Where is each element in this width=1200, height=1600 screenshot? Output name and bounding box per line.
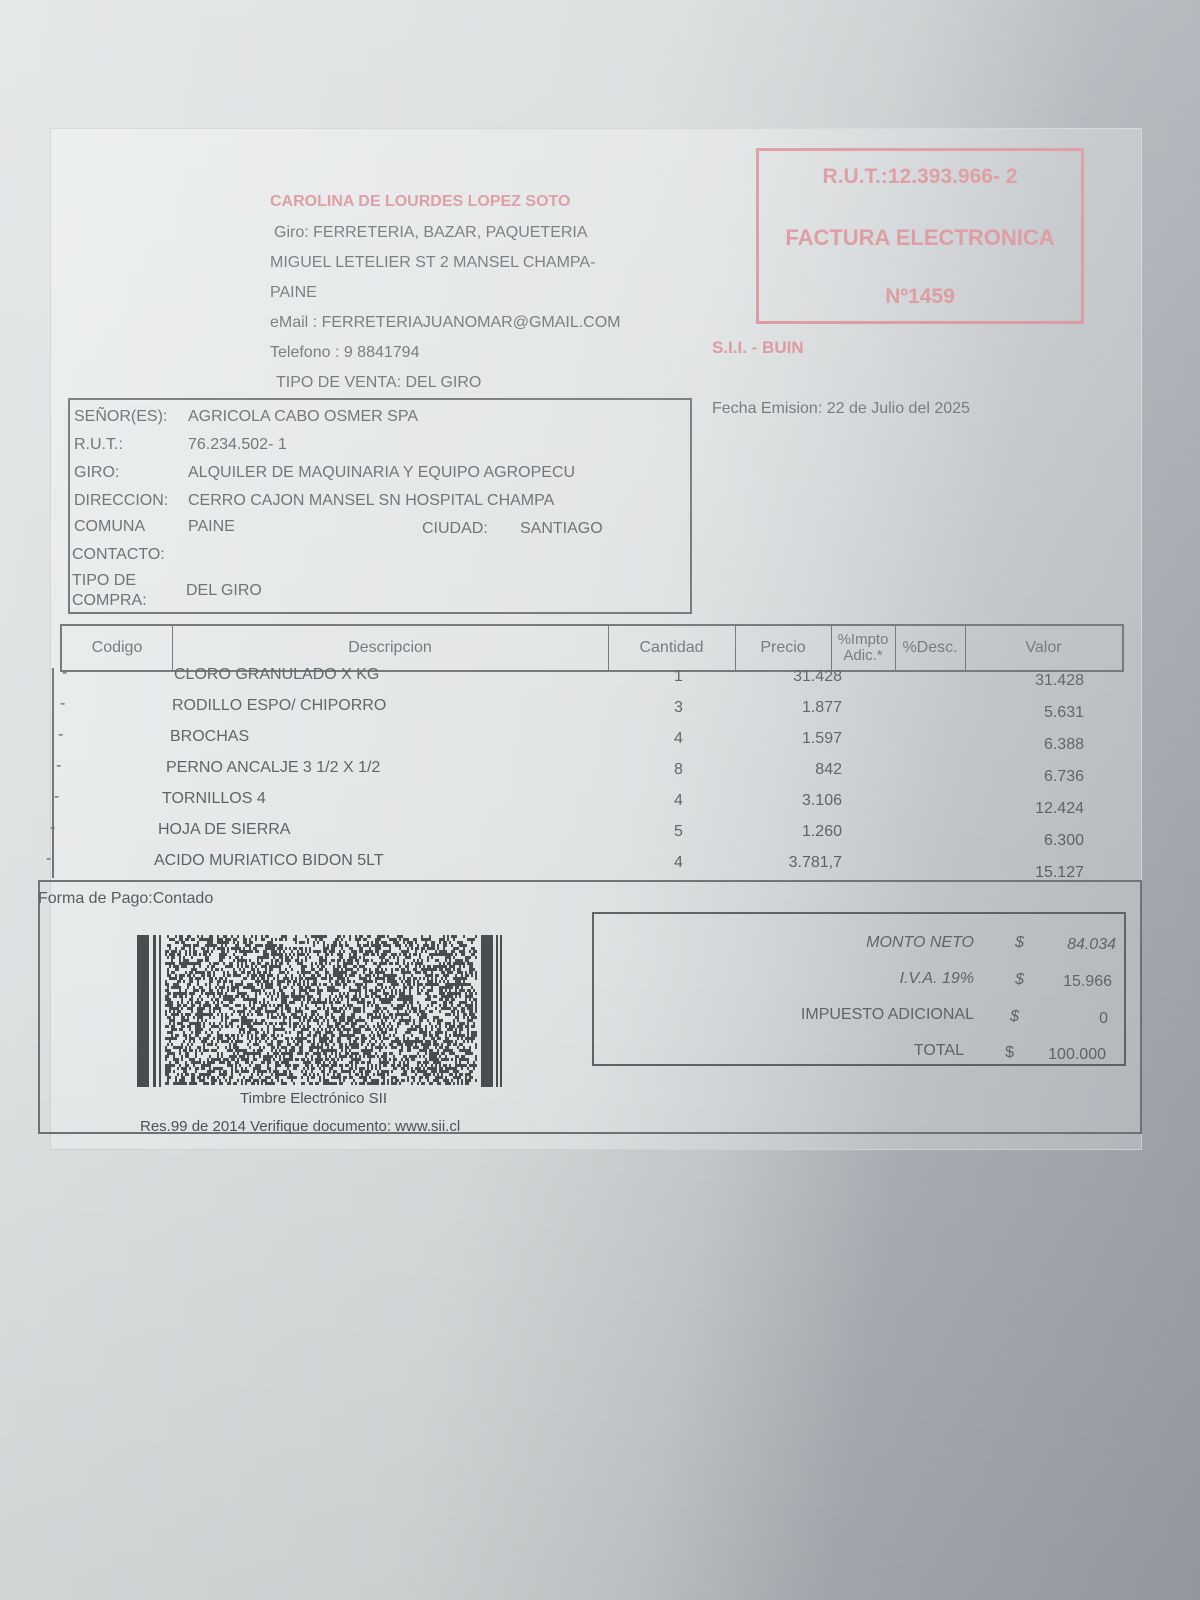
client-ciudad-label: CIUDAD: bbox=[422, 520, 488, 538]
client-address: CERRO CAJON MANSEL SN HOSPITAL CHAMPA bbox=[188, 492, 554, 510]
row-codigo: - bbox=[54, 788, 59, 806]
timbre-label: Timbre Electrónico SII bbox=[240, 1090, 387, 1107]
sale-type: TIPO DE VENTA: DEL GIRO bbox=[276, 374, 481, 392]
row-precio: 3.781,7 bbox=[754, 854, 842, 872]
document-id-box: R.U.T.:12.393.966- 2 FACTURA ELECTRONICA… bbox=[756, 148, 1084, 324]
neto-label: MONTO NETO bbox=[866, 934, 974, 952]
client-contact-label: CONTACTO: bbox=[72, 546, 165, 564]
row-cantidad: 3 bbox=[674, 699, 683, 717]
client-comuna: PAINE bbox=[188, 518, 235, 536]
row-precio: 31.428 bbox=[754, 668, 842, 686]
col-valor: Valor bbox=[965, 626, 1122, 670]
issuer-address-line2: PAINE bbox=[270, 284, 317, 302]
iva-currency: $ bbox=[1015, 971, 1024, 989]
row-cantidad: 8 bbox=[674, 761, 683, 779]
row-valor: 6.736 bbox=[1004, 768, 1084, 786]
col-precio: Precio bbox=[735, 626, 832, 670]
row-precio: 1.877 bbox=[754, 699, 842, 717]
col-codigo: Codigo bbox=[62, 626, 173, 670]
adicional-label: IMPUESTO ADICIONAL bbox=[801, 1006, 974, 1024]
neto-currency: $ bbox=[1015, 934, 1024, 952]
document-rut: R.U.T.:12.393.966- 2 bbox=[759, 165, 1081, 189]
sii-resolution: Res.99 de 2014 Verifique documento: www.… bbox=[140, 1118, 460, 1135]
sii-office: S.I.I. - BUIN bbox=[712, 338, 804, 358]
col-cantidad: Cantidad bbox=[608, 626, 736, 670]
items-table-body: -CLORO GRANULADO X KG131.42831.428-RODIL… bbox=[52, 668, 1134, 878]
col-impto-line1: %Impto bbox=[838, 632, 889, 648]
row-valor: 6.388 bbox=[1004, 736, 1084, 754]
total-label: TOTAL bbox=[914, 1042, 964, 1060]
row-descripcion: RODILLO ESPO/ CHIPORRO bbox=[172, 697, 386, 715]
client-giro-label: GIRO: bbox=[74, 464, 119, 482]
issuer-address-line1: MIGUEL LETELIER ST 2 MANSEL CHAMPA- bbox=[270, 254, 595, 272]
row-precio: 842 bbox=[754, 761, 842, 779]
total-currency: $ bbox=[1005, 1044, 1014, 1062]
iva-value: 15.966 bbox=[1063, 973, 1112, 991]
client-comuna-label: COMUNA bbox=[74, 518, 145, 536]
client-name-label: SEÑOR(ES): bbox=[74, 408, 167, 426]
row-valor: 31.428 bbox=[1004, 672, 1084, 690]
row-descripcion: PERNO ANCALJE 3 1/2 X 1/2 bbox=[166, 759, 380, 777]
client-rut: 76.234.502- 1 bbox=[188, 436, 287, 454]
client-box: SEÑOR(ES): AGRICOLA CABO OSMER SPA R.U.T… bbox=[68, 398, 692, 614]
row-codigo: - bbox=[56, 757, 61, 775]
purchase-type-label-1: TIPO DE bbox=[72, 572, 136, 590]
row-codigo: - bbox=[58, 726, 63, 744]
adicional-value: 0 bbox=[1099, 1010, 1108, 1028]
document-number: Nº1459 bbox=[759, 285, 1081, 309]
row-descripcion: ACIDO MURIATICO BIDON 5LT bbox=[154, 852, 384, 870]
neto-value: 84.034 bbox=[1067, 936, 1116, 954]
issuer-giro: Giro: FERRETERIA, BAZAR, PAQUETERIA bbox=[274, 224, 588, 242]
total-value: 100.000 bbox=[1048, 1046, 1106, 1064]
row-codigo: - bbox=[46, 850, 51, 868]
items-table-header: Codigo Descripcion Cantidad Precio %Impt… bbox=[60, 624, 1124, 672]
row-codigo: - bbox=[50, 819, 55, 837]
row-valor: 6.300 bbox=[1004, 832, 1084, 850]
row-cantidad: 5 bbox=[674, 823, 683, 841]
row-precio: 1.597 bbox=[754, 730, 842, 748]
row-precio: 1.260 bbox=[754, 823, 842, 841]
row-cantidad: 4 bbox=[674, 730, 683, 748]
client-giro: ALQUILER DE MAQUINARIA Y EQUIPO AGROPECU bbox=[188, 464, 575, 482]
client-address-label: DIRECCION: bbox=[74, 492, 168, 510]
row-valor: 12.424 bbox=[1004, 800, 1084, 818]
row-descripcion: CLORO GRANULADO X KG bbox=[174, 666, 379, 684]
client-name: AGRICOLA CABO OSMER SPA bbox=[188, 408, 418, 426]
row-valor: 5.631 bbox=[1004, 704, 1084, 722]
issuer-email: eMail : FERRETERIAJUANOMAR@GMAIL.COM bbox=[270, 314, 621, 332]
row-descripcion: HOJA DE SIERRA bbox=[158, 821, 290, 839]
col-impto-line2: Adic.* bbox=[843, 648, 882, 664]
row-codigo: - bbox=[62, 664, 67, 682]
purchase-type: DEL GIRO bbox=[186, 582, 262, 600]
issue-date: Fecha Emision: 22 de Julio del 2025 bbox=[712, 400, 970, 418]
issuer-name: CAROLINA DE LOURDES LOPEZ SOTO bbox=[270, 193, 570, 211]
col-desc: %Desc. bbox=[895, 626, 966, 670]
row-descripcion: BROCHAS bbox=[170, 728, 249, 746]
client-rut-label: R.U.T.: bbox=[74, 436, 123, 454]
document-type: FACTURA ELECTRONICA bbox=[759, 225, 1081, 251]
row-descripcion: TORNILLOS 4 bbox=[162, 790, 266, 808]
row-precio: 3.106 bbox=[754, 792, 842, 810]
row-cantidad: 4 bbox=[674, 854, 683, 872]
row-codigo: - bbox=[60, 695, 65, 713]
adicional-currency: $ bbox=[1010, 1008, 1019, 1026]
totals-box: MONTO NETO $ 84.034 I.V.A. 19% $ 15.966 … bbox=[592, 912, 1126, 1066]
pdf417-barcode-icon bbox=[137, 935, 502, 1087]
iva-label: I.V.A. 19% bbox=[900, 970, 974, 988]
col-impto: %Impto Adic.* bbox=[831, 626, 896, 670]
row-cantidad: 4 bbox=[674, 792, 683, 810]
issuer-phone: Telefono : 9 8841794 bbox=[270, 344, 419, 362]
purchase-type-label-2: COMPRA: bbox=[72, 592, 147, 610]
client-ciudad: SANTIAGO bbox=[520, 520, 603, 538]
row-cantidad: 1 bbox=[674, 668, 683, 686]
col-descripcion: Descripcion bbox=[172, 626, 609, 670]
payment-method: Forma de Pago:Contado bbox=[38, 890, 213, 908]
